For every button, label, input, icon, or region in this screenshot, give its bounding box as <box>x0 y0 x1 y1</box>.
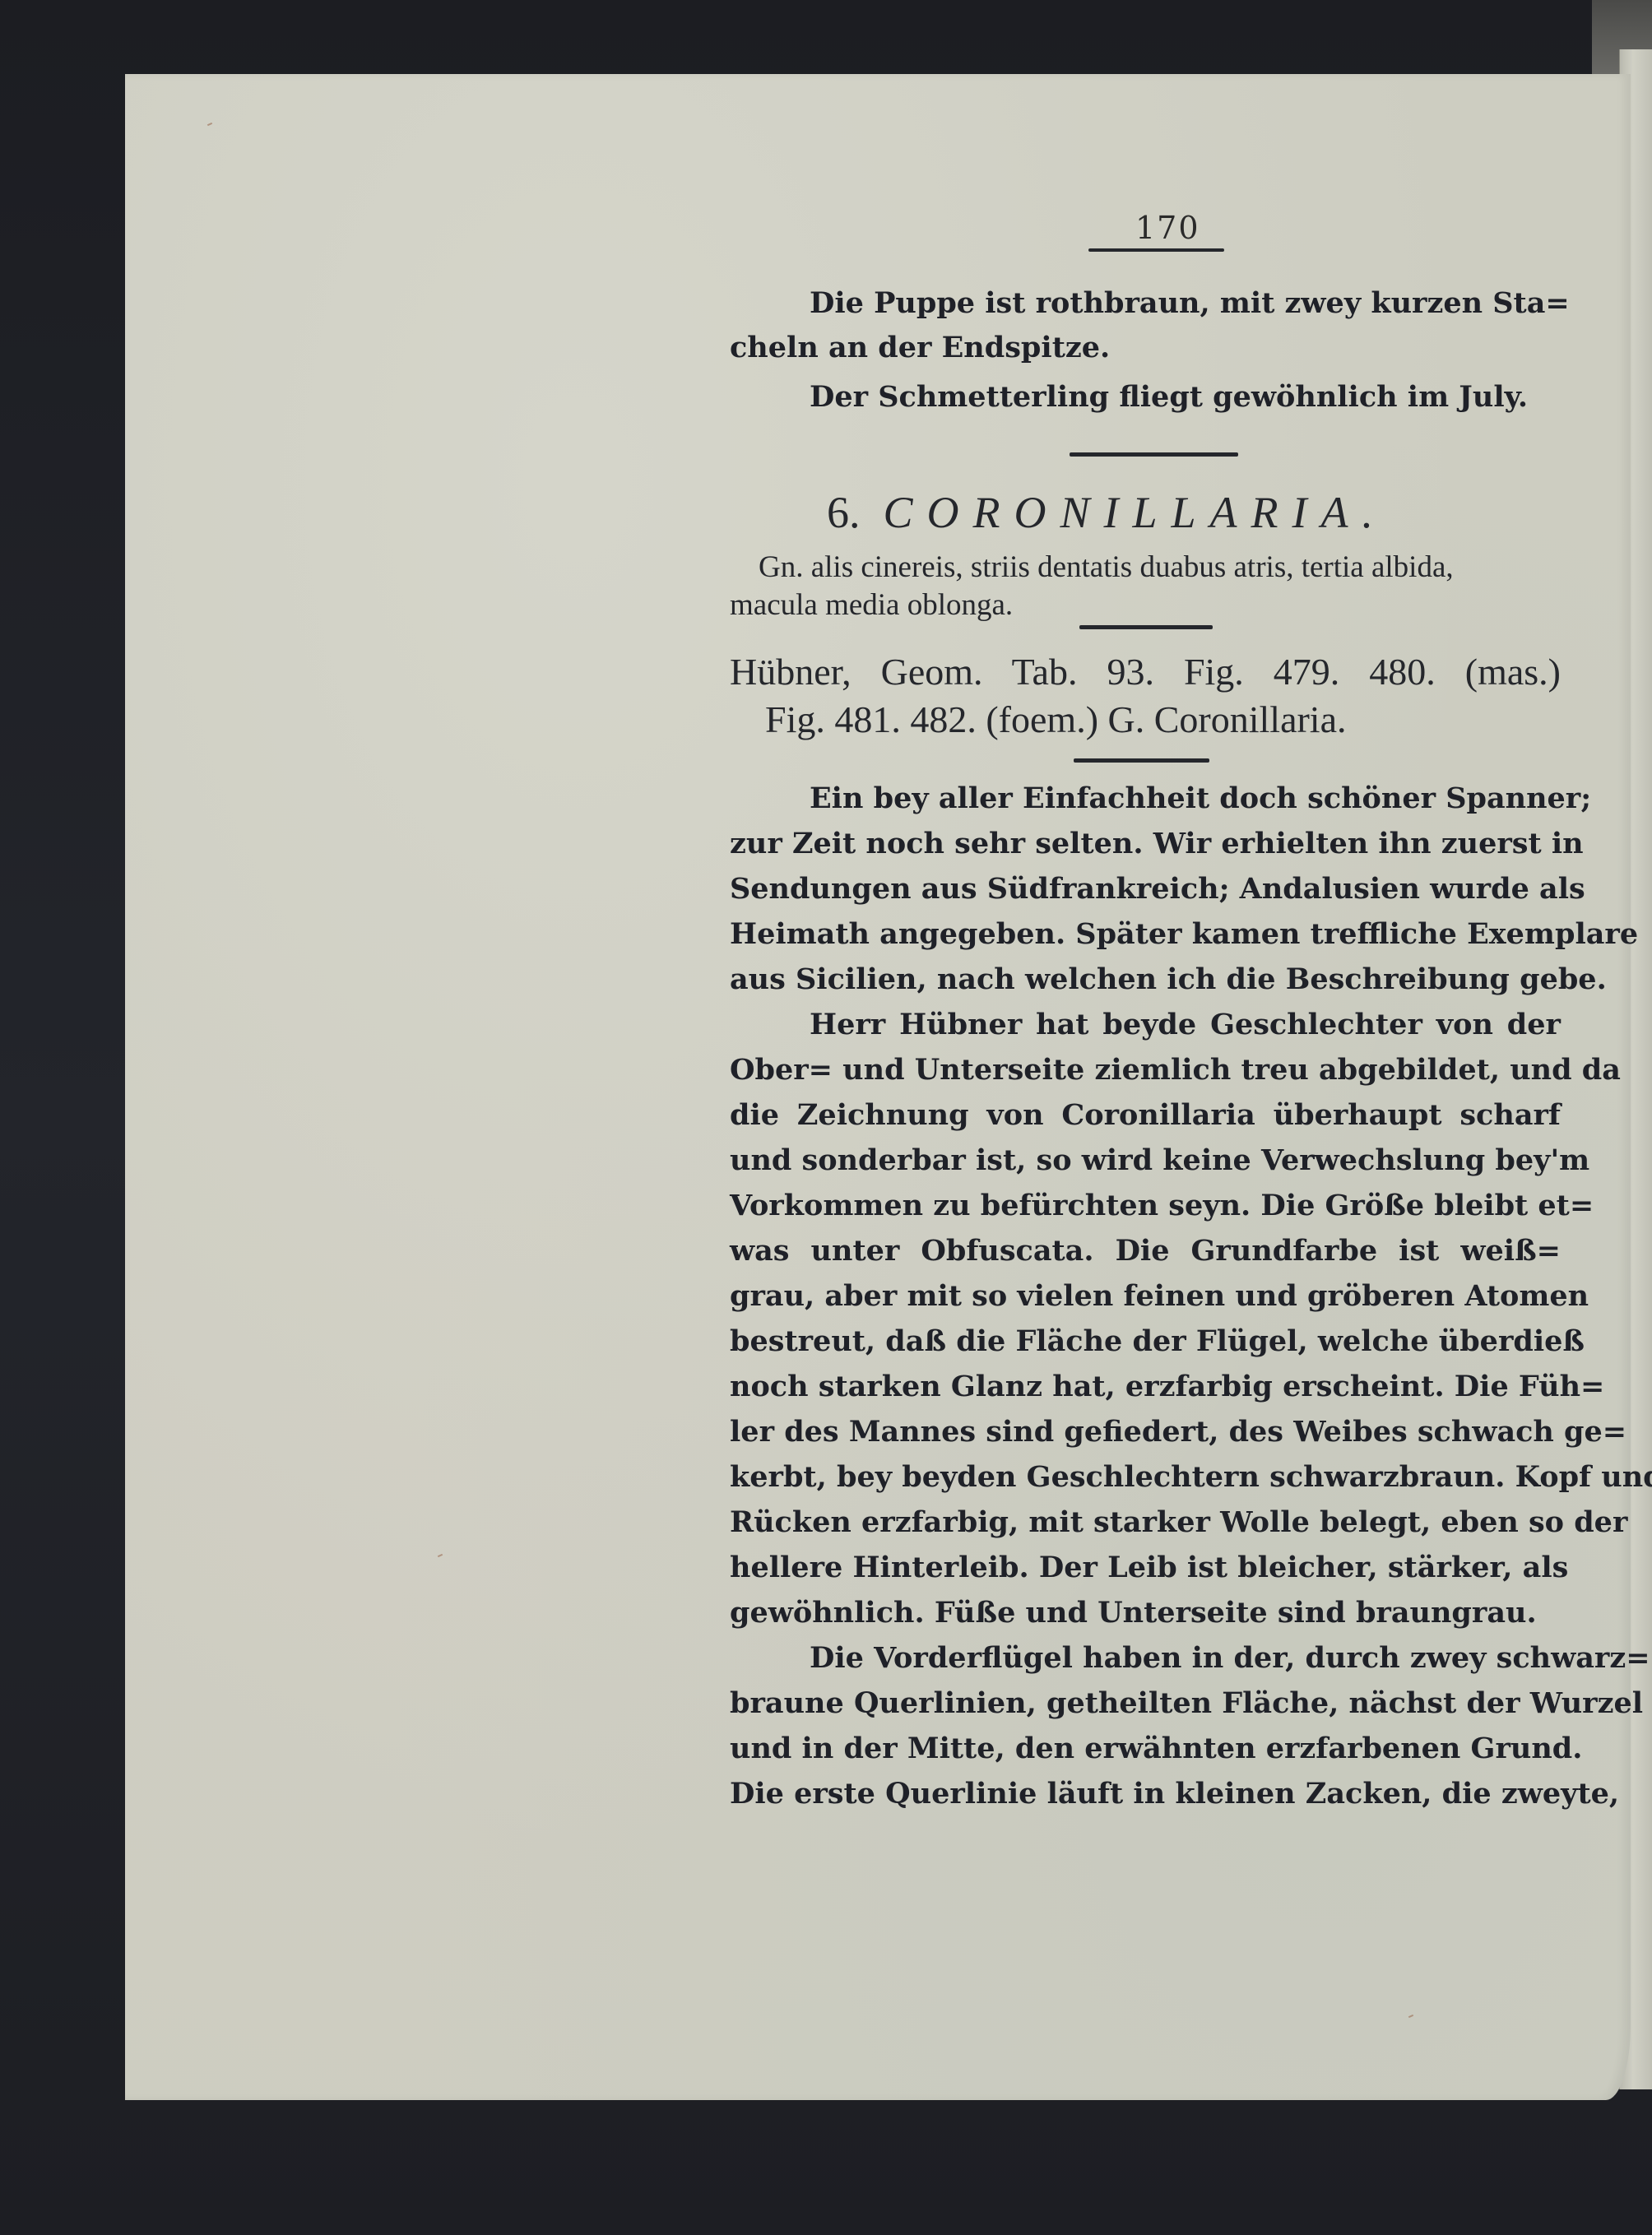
intro-line-1: Die Puppe ist rothbraun, mit zwey kurzen… <box>730 286 1561 320</box>
body-p3-line-4: Die erste Querlinie läuft in kleinen Zac… <box>730 1777 1561 1811</box>
reference-line-2: Fig. 481. 482. (foem.) G. Coronillaria. <box>765 698 1506 741</box>
page-number: 170 <box>1135 210 1200 246</box>
body-p2-line-7: grau, aber mit so vielen feinen und gröb… <box>730 1279 1561 1313</box>
body-p2-line-3: die Zeichnung von Coronillaria überhaupt… <box>730 1098 1561 1132</box>
latin-diagnosis-line-1: Gn. alis cinereis, striis dentatis duabu… <box>759 549 1589 585</box>
body-p3-line-1: Die Vorderflügel haben in der, durch zwe… <box>730 1641 1561 1675</box>
diagnosis-rule <box>1079 625 1213 629</box>
header-rule <box>1088 248 1224 252</box>
body-p2-line-13: hellere Hinterleib. Der Leib ist bleiche… <box>730 1551 1561 1584</box>
body-p2-line-2: Ober= und Unterseite ziemlich treu abgeb… <box>730 1053 1561 1087</box>
flight-sentence: Der Schmetterling fliegt gewöhnlich im J… <box>730 380 1561 414</box>
body-p1-line-2: zur Zeit noch sehr selten. Wir erhielten… <box>730 827 1561 860</box>
body-p2-line-4: und sonderbar ist, so wird keine Verwech… <box>730 1143 1561 1177</box>
latin-diagnosis-line-2: macula media oblonga. <box>730 587 1561 623</box>
body-p1-line-5: aus Sicilien, nach welchen ich die Besch… <box>730 962 1561 996</box>
body-p3-line-2: braune Querlinien, getheilten Fläche, nä… <box>730 1686 1561 1720</box>
paper-speck <box>1408 2015 1413 2018</box>
paper-speck <box>438 1554 443 1557</box>
body-p2-line-1: Herr Hübner hat beyde Geschlechter von d… <box>730 1008 1561 1041</box>
paper-speck <box>207 123 212 126</box>
body-p2-line-11: kerbt, bey beyden Geschlechtern schwarzb… <box>730 1460 1561 1494</box>
body-p3-line-3: und in der Mitte, den erwähnten erzfarbe… <box>730 1732 1561 1765</box>
body-p2-line-6: was unter Obfuscata. Die Grundfarbe ist … <box>730 1234 1561 1268</box>
reference-line-1: Hübner, Geom. Tab. 93. Fig. 479. 480. (m… <box>730 650 1561 693</box>
body-p1-line-1: Ein bey aller Einfachheit doch schöner S… <box>730 781 1561 815</box>
body-p2-line-5: Vorkommen zu befürchten seyn. Die Größe … <box>730 1189 1561 1222</box>
reference-rule <box>1074 758 1209 763</box>
body-p1-line-3: Sendungen aus Südfrankreich; Andalusien … <box>730 872 1561 906</box>
intro-line-2: cheln an der Endspitze. <box>730 331 1561 364</box>
body-p2-line-10: ler des Mannes sind gefiedert, des Weibe… <box>730 1415 1561 1449</box>
species-heading: 6.CORONILLARIA. <box>827 487 1387 538</box>
body-p1-line-4: Heimath angegeben. Später kamen trefflic… <box>730 917 1561 951</box>
body-p2-line-12: Rücken erzfarbig, mit starker Wolle bele… <box>730 1505 1561 1539</box>
species-name: CORONILLARIA. <box>884 488 1388 537</box>
species-number: 6. <box>827 488 861 537</box>
section-rule <box>1070 452 1238 457</box>
body-p2-line-14: gewöhnlich. Füße und Unterseite sind bra… <box>730 1596 1561 1630</box>
body-p2-line-8: bestreut, daß die Fläche der Flügel, wel… <box>730 1324 1561 1358</box>
body-p2-line-9: noch starken Glanz hat, erzfarbig ersche… <box>730 1370 1561 1403</box>
